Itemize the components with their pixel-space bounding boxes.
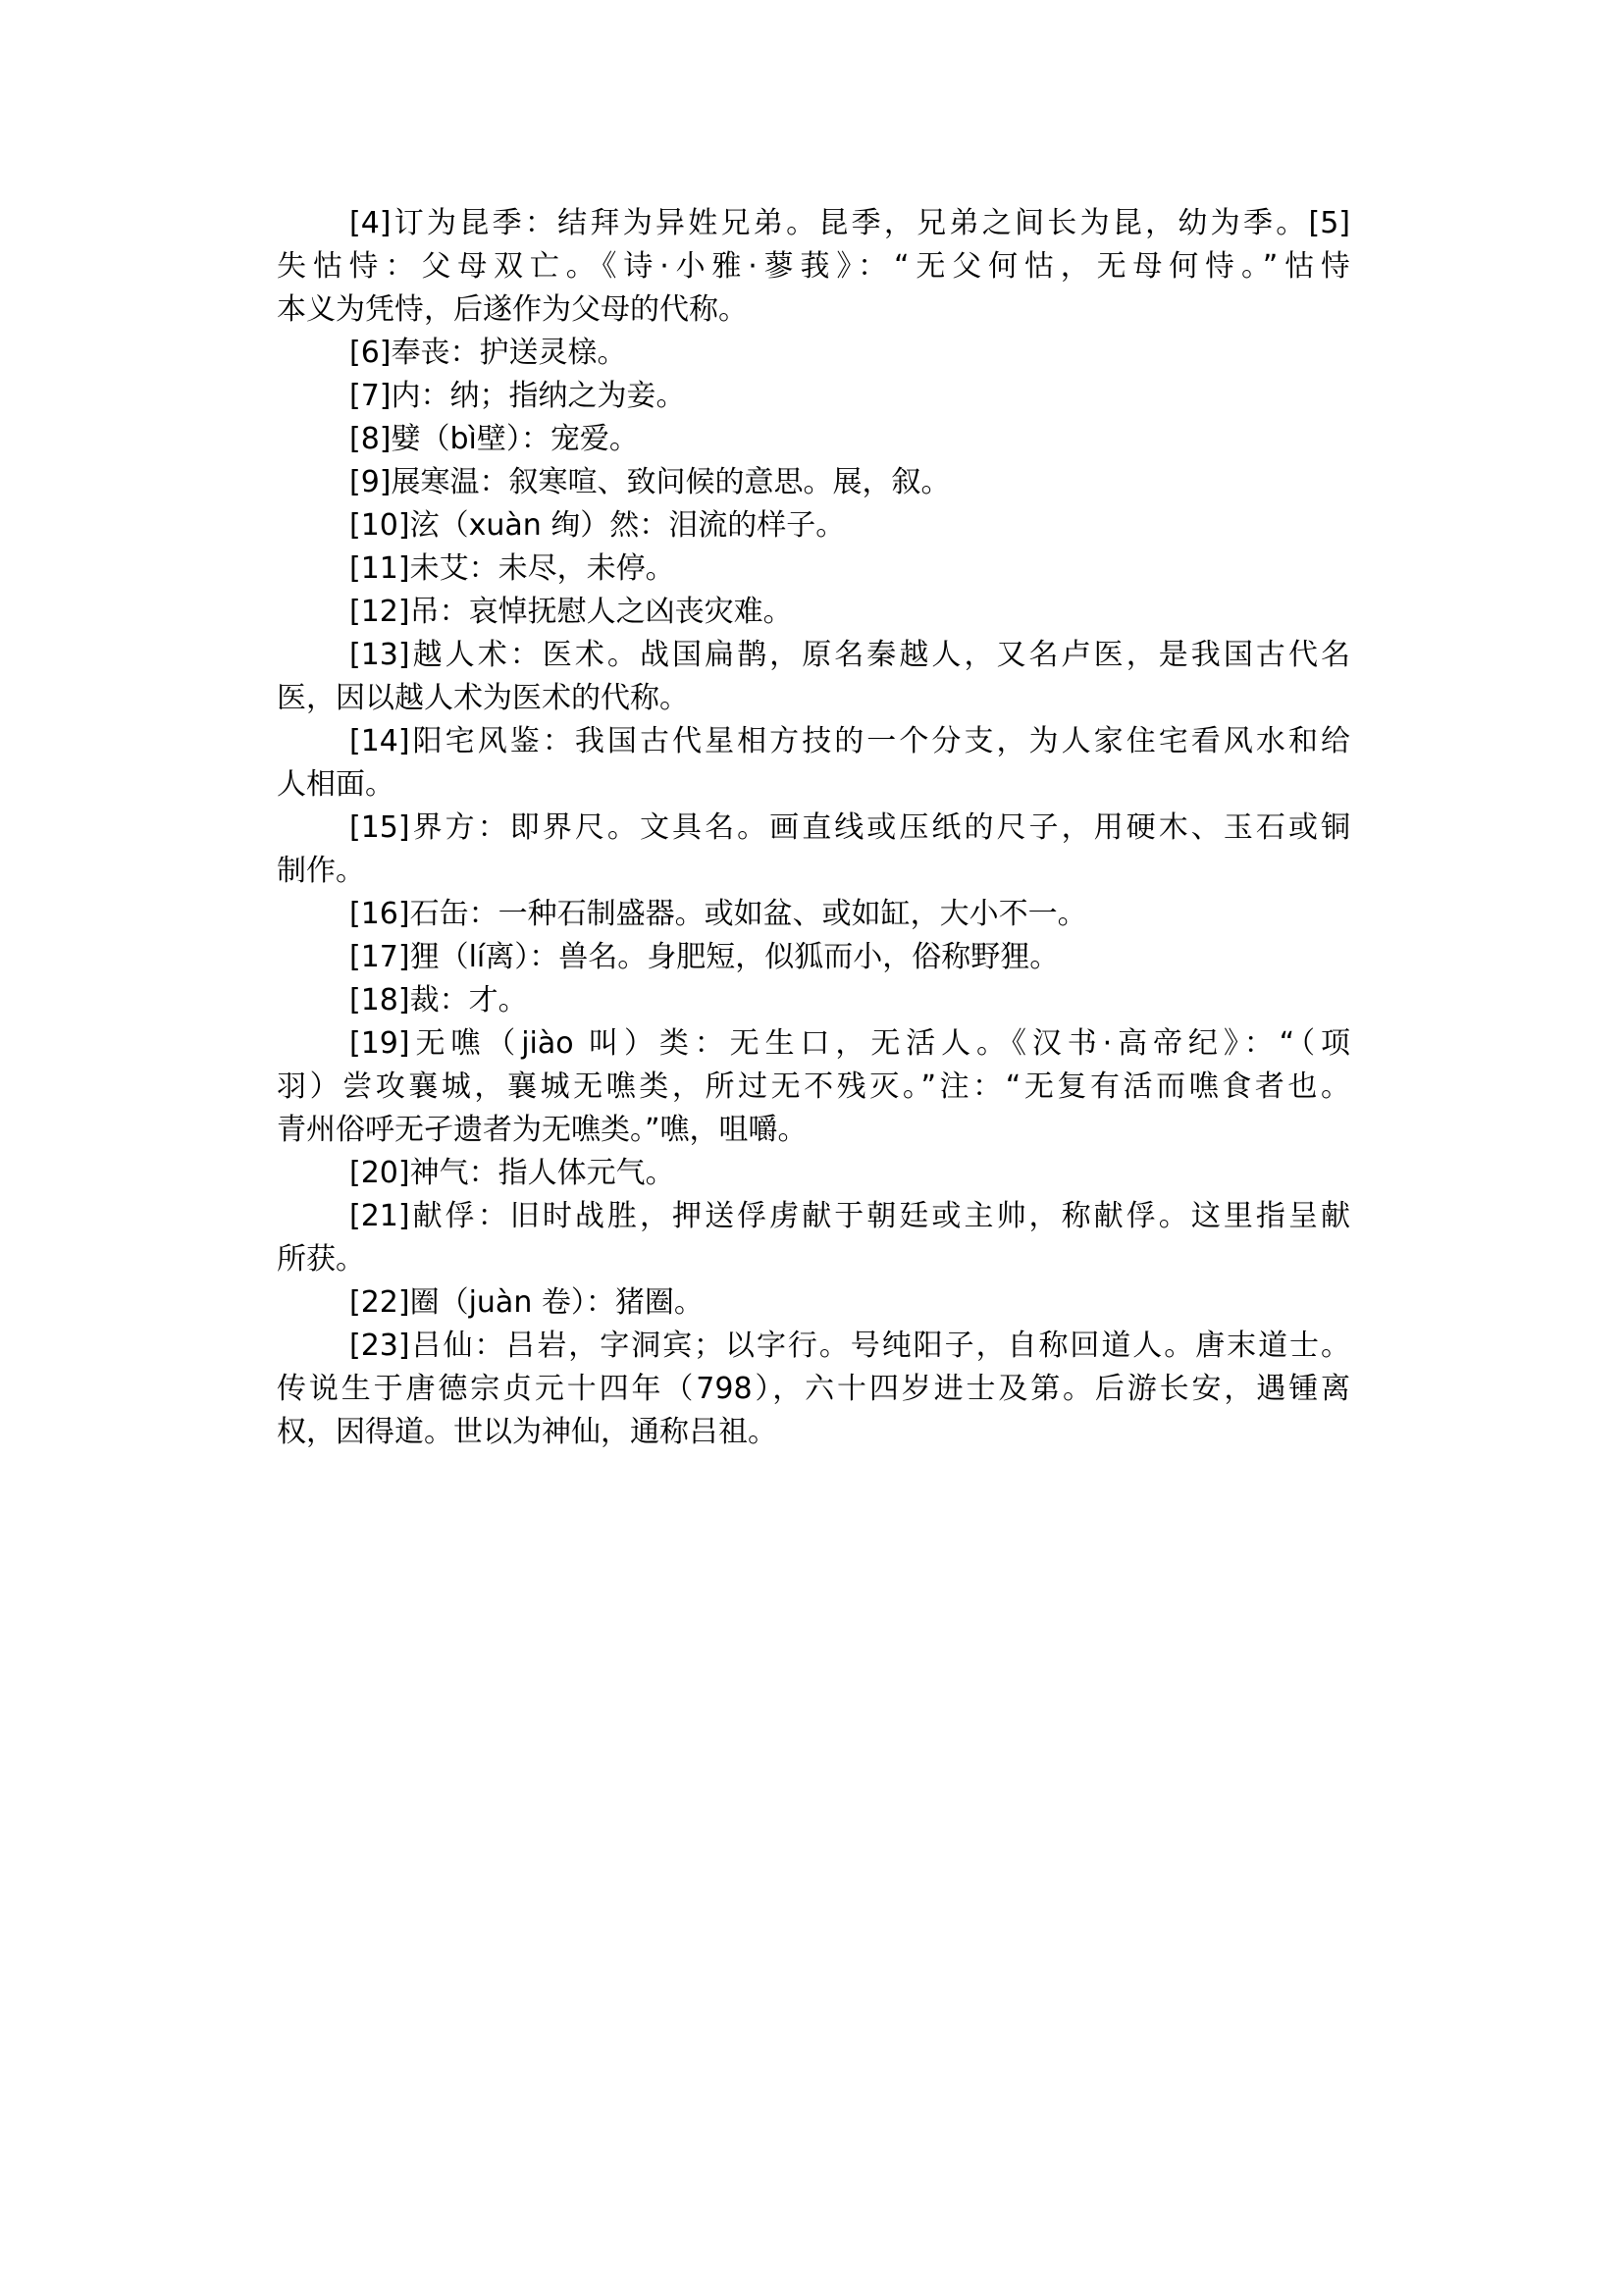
footnote-line: 传说生于唐德宗贞元十四年（798），六十四岁进士及第。后游长安，遇锺离 bbox=[277, 1368, 1350, 1411]
footnote-line: [12]吊：哀悼抚慰人之凶丧灾难。 bbox=[277, 591, 1350, 634]
footnote-line: 羽）尝攻襄城，襄城无噍类，所过无不残灭。”注：“无复有活而噍食者也。 bbox=[277, 1066, 1350, 1109]
footnote-12: [12]吊：哀悼抚慰人之凶丧灾难。 bbox=[277, 591, 1350, 634]
footnote-line: [14]阳宅风鉴：我国古代星相方技的一个分支，为人家住宅看风水和给 bbox=[277, 720, 1350, 763]
footnote-line: [8]嬖（bì壁）：宠爱。 bbox=[277, 418, 1350, 461]
footnote-line: [11]未艾：未尽，未停。 bbox=[277, 547, 1350, 591]
footnote-line: [18]裁：才。 bbox=[277, 979, 1350, 1022]
footnote-18: [18]裁：才。 bbox=[277, 979, 1350, 1022]
footnote-line: [10]泫（xuàn 绚）然：泪流的样子。 bbox=[277, 504, 1350, 547]
footnote-line: [17]狸（lí离）：兽名。身肥短，似狐而小，俗称野狸。 bbox=[277, 936, 1350, 979]
footnote-line: 人相面。 bbox=[277, 763, 1350, 807]
footnote-4-5: [4]订为昆季：结拜为异姓兄弟。昆季，兄弟之间长为昆，幼为季。[5]失怙恃：父母… bbox=[277, 202, 1350, 332]
footnote-6: [6]奉丧：护送灵榇。 bbox=[277, 332, 1350, 375]
footnote-11: [11]未艾：未尽，未停。 bbox=[277, 547, 1350, 591]
footnote-14: [14]阳宅风鉴：我国古代星相方技的一个分支，为人家住宅看风水和给人相面。 bbox=[277, 720, 1350, 807]
footnote-8: [8]嬖（bì壁）：宠爱。 bbox=[277, 418, 1350, 461]
footnote-line: [6]奉丧：护送灵榇。 bbox=[277, 332, 1350, 375]
footnote-22: [22]圈（juàn 卷）：猪圈。 bbox=[277, 1281, 1350, 1325]
footnote-line: [21]献俘：旧时战胜，押送俘虏献于朝廷或主帅，称献俘。这里指呈献 bbox=[277, 1195, 1350, 1238]
footnote-line: 所获。 bbox=[277, 1238, 1350, 1281]
footnote-21: [21]献俘：旧时战胜，押送俘虏献于朝廷或主帅，称献俘。这里指呈献所获。 bbox=[277, 1195, 1350, 1281]
footnote-17: [17]狸（lí离）：兽名。身肥短，似狐而小，俗称野狸。 bbox=[277, 936, 1350, 979]
footnote-9: [9]展寒温：叙寒喧、致问候的意思。展，叙。 bbox=[277, 461, 1350, 504]
footnote-line: 制作。 bbox=[277, 850, 1350, 893]
footnote-line: 青州俗呼无孑遗者为无噍类。”噍，咀嚼。 bbox=[277, 1109, 1350, 1152]
footnote-line: [22]圈（juàn 卷）：猪圈。 bbox=[277, 1281, 1350, 1325]
footnote-line: [19]无噍（jiào 叫）类：无生口，无活人。《汉书·高帝纪》：“（项 bbox=[277, 1022, 1350, 1066]
footnote-line: 本义为凭恃，后遂作为父母的代称。 bbox=[277, 288, 1350, 332]
footnote-10: [10]泫（xuàn 绚）然：泪流的样子。 bbox=[277, 504, 1350, 547]
footnote-23: [23]吕仙：吕岩，字洞宾；以字行。号纯阳子，自称回道人。唐末道士。传说生于唐德… bbox=[277, 1325, 1350, 1454]
footnote-7: [7]内：纳；指纳之为妾。 bbox=[277, 375, 1350, 418]
footnote-line: 失怙恃：父母双亡。《诗·小雅·蓼莪》：“无父何怙，无母何恃。”怙恃 bbox=[277, 245, 1350, 288]
footnote-line: 医，因以越人术为医术的代称。 bbox=[277, 677, 1350, 720]
footnote-line: [15]界方：即界尺。文具名。画直线或压纸的尺子，用硬木、玉石或铜 bbox=[277, 807, 1350, 850]
footnotes-list: [4]订为昆季：结拜为异姓兄弟。昆季，兄弟之间长为昆，幼为季。[5]失怙恃：父母… bbox=[277, 202, 1350, 1454]
footnote-line: [13]越人术：医术。战国扁鹊，原名秦越人，又名卢医，是我国古代名 bbox=[277, 634, 1350, 677]
footnote-line: [4]订为昆季：结拜为异姓兄弟。昆季，兄弟之间长为昆，幼为季。[5] bbox=[277, 202, 1350, 245]
footnote-line: 权，因得道。世以为神仙，通称吕祖。 bbox=[277, 1411, 1350, 1454]
footnote-16: [16]石缶：一种石制盛器。或如盆、或如缸，大小不一。 bbox=[277, 893, 1350, 936]
footnote-19: [19]无噍（jiào 叫）类：无生口，无活人。《汉书·高帝纪》：“（项羽）尝攻… bbox=[277, 1022, 1350, 1152]
document-page: [4]订为昆季：结拜为异姓兄弟。昆季，兄弟之间长为昆，幼为季。[5]失怙恃：父母… bbox=[277, 202, 1350, 1454]
footnote-line: [16]石缶：一种石制盛器。或如盆、或如缸，大小不一。 bbox=[277, 893, 1350, 936]
footnote-line: [9]展寒温：叙寒喧、致问候的意思。展，叙。 bbox=[277, 461, 1350, 504]
footnote-20: [20]神气：指人体元气。 bbox=[277, 1152, 1350, 1195]
footnote-line: [7]内：纳；指纳之为妾。 bbox=[277, 375, 1350, 418]
footnote-15: [15]界方：即界尺。文具名。画直线或压纸的尺子，用硬木、玉石或铜制作。 bbox=[277, 807, 1350, 893]
footnote-13: [13]越人术：医术。战国扁鹊，原名秦越人，又名卢医，是我国古代名医，因以越人术… bbox=[277, 634, 1350, 720]
footnote-line: [23]吕仙：吕岩，字洞宾；以字行。号纯阳子，自称回道人。唐末道士。 bbox=[277, 1325, 1350, 1368]
footnote-line: [20]神气：指人体元气。 bbox=[277, 1152, 1350, 1195]
